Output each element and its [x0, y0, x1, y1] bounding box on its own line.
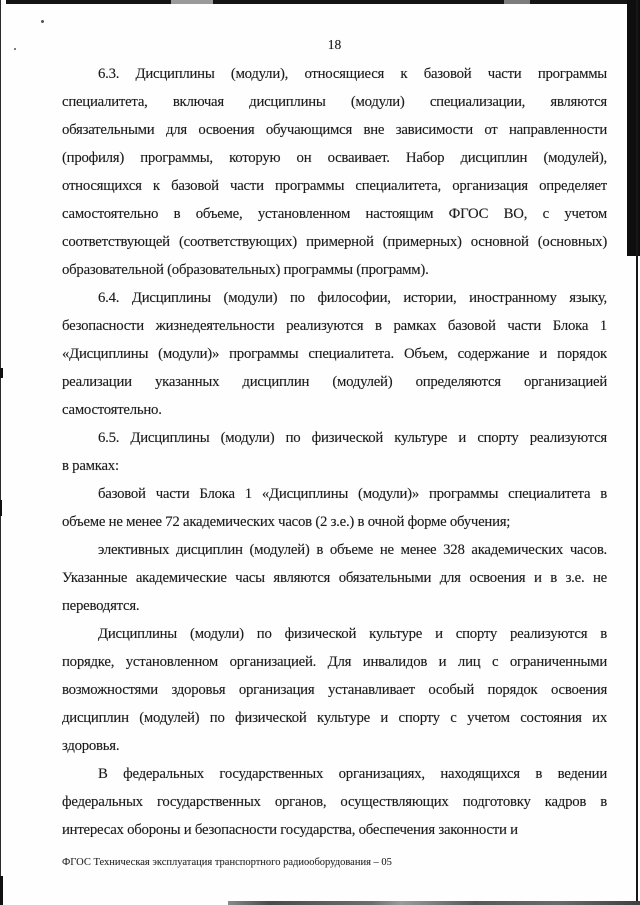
paragraph-line: дисциплин (модулей) по физической культу…	[62, 704, 607, 732]
scan-edge-right-line	[636, 0, 638, 905]
paragraph: Дисциплины (модули) по физической культу…	[62, 620, 607, 760]
footer-note: ФГОС Техническая эксплуатация транспортн…	[62, 857, 392, 868]
scan-artifact-tick	[0, 876, 3, 905]
paragraph-line: возможностями здоровья организация устан…	[62, 676, 607, 704]
paragraph-line: (профиля) программы, которую он осваивае…	[62, 144, 607, 172]
scan-edge-bottom	[228, 901, 640, 905]
paragraph: базовой части Блока 1 «Дисциплины (модул…	[62, 480, 607, 536]
scanned-page: 18 6.3. Дисциплины (модули), относящиеся…	[0, 0, 640, 905]
paragraph-line: Указанные академические часы являются об…	[62, 564, 607, 592]
scan-artifact-tick	[0, 500, 2, 516]
scan-edge-top	[6, 0, 640, 4]
paragraph: В федеральных государственных организаци…	[62, 760, 607, 844]
paragraph: элективных дисциплин (модулей) в объеме …	[62, 536, 607, 620]
paragraph-line: обязательными для освоения обучающимся в…	[62, 116, 607, 144]
paragraph-line: интересах обороны и безопасности государ…	[62, 816, 607, 844]
scan-artifact-speck	[14, 48, 16, 50]
paragraph-line: реализации указанных дисциплин (модулей)…	[62, 368, 607, 396]
scan-edge-left	[0, 0, 1, 905]
scan-artifact-tick	[0, 368, 3, 378]
paragraph-line: безопасности жизнедеятельности реализуют…	[62, 312, 607, 340]
paragraph-line: 6.5. Дисциплины (модули) по физической к…	[62, 424, 607, 452]
document-body: 6.3. Дисциплины (модули), относящиеся к …	[62, 60, 607, 844]
scan-artifact-speck	[41, 20, 44, 23]
paragraph-line: самостоятельно.	[62, 396, 607, 424]
paragraph-line: самостоятельно в объеме, установленном н…	[62, 200, 607, 228]
paragraph-line: здоровья.	[62, 732, 607, 760]
paragraph-line: 6.3. Дисциплины (модули), относящиеся к …	[62, 60, 607, 88]
paragraph: 6.3. Дисциплины (модули), относящиеся к …	[62, 60, 607, 284]
page-number: 18	[62, 37, 607, 53]
paragraph-line: в рамках:	[62, 452, 607, 480]
paragraph-line: образовательной (образовательных) програ…	[62, 256, 607, 284]
paragraph-line: переводятся.	[62, 592, 607, 620]
paragraph-line: объеме не менее 72 академических часов (…	[62, 508, 607, 536]
paragraph-line: «Дисциплины (модули)» программы специали…	[62, 340, 607, 368]
paragraph-line: относящихся к базовой части программы сп…	[62, 172, 607, 200]
paragraph-line: порядке, установленном организацией. Для…	[62, 648, 607, 676]
scan-edge-right-band	[627, 0, 640, 256]
paragraph-line: 6.4. Дисциплины (модули) по философии, и…	[62, 284, 607, 312]
paragraph: 6.4. Дисциплины (модули) по философии, и…	[62, 284, 607, 424]
paragraph-line: элективных дисциплин (модулей) в объеме …	[62, 536, 607, 564]
paragraph: 6.5. Дисциплины (модули) по физической к…	[62, 424, 607, 480]
paragraph-line: соответствующей (соответствующих) пример…	[62, 228, 607, 256]
paragraph-line: В федеральных государственных организаци…	[62, 760, 607, 788]
paragraph-line: базовой части Блока 1 «Дисциплины (модул…	[62, 480, 607, 508]
paragraph-line: специалитета, включая дисциплины (модули…	[62, 88, 607, 116]
paragraph-line: федеральных государственных органов, осу…	[62, 788, 607, 816]
paragraph-line: Дисциплины (модули) по физической культу…	[62, 620, 607, 648]
